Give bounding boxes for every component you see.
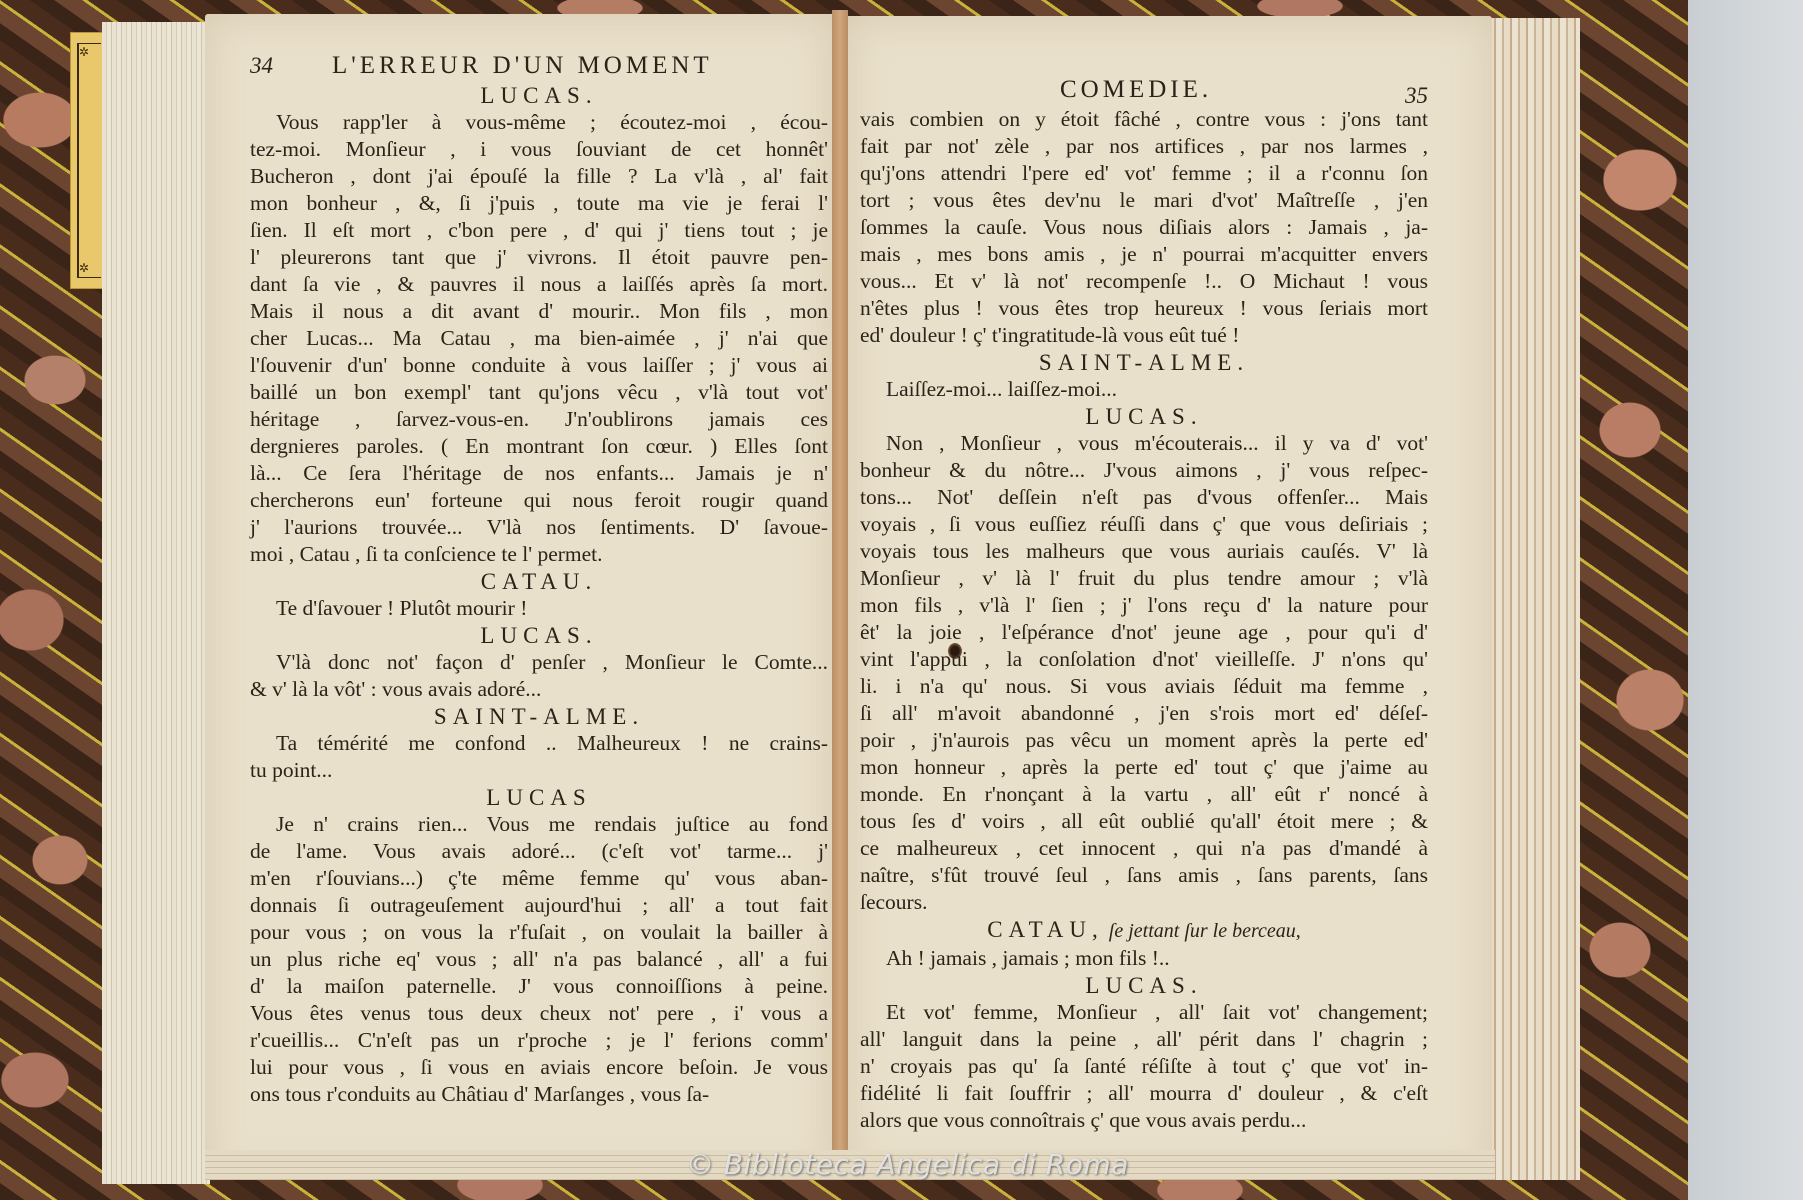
speaker-name: LUCAS bbox=[250, 784, 828, 811]
speaker-label: LUCAS. bbox=[1085, 404, 1202, 429]
text-line: Vous rapp'ler à vous-même ; écoutez-moi … bbox=[250, 109, 828, 136]
speaker-label: CATAU. bbox=[481, 569, 598, 594]
speaker-name: CATAU. bbox=[250, 568, 828, 595]
text-line: li. i n'a qu' nous. Si vous aviais ſédui… bbox=[860, 673, 1428, 700]
text-line: pour vous ; on vous la r'fuſait , on vou… bbox=[250, 919, 828, 946]
text-line: mon bonheur , &, ſi j'puis , toute ma vi… bbox=[250, 190, 828, 217]
text-line: poir , j'n'aurois pas vêcu un moment apr… bbox=[860, 727, 1428, 754]
text-line: tez-moi. Monſieur , i vous ſouviant de c… bbox=[250, 136, 828, 163]
text-line: cher Lucas... Ma Catau , ma bien-aimée ,… bbox=[250, 325, 828, 352]
speaker-label: CATAU, bbox=[987, 917, 1104, 942]
left-page-text: 34 L'ERREUR D'UN MOMENT LUCAS.Vous rapp'… bbox=[250, 52, 828, 1108]
speaker-name: LUCAS. bbox=[250, 82, 828, 109]
text-line: n'êtes plus ! vous êtes trop heureux ! v… bbox=[860, 295, 1428, 322]
text-line: un plus riche eq' vous ; all' n'a pas ba… bbox=[250, 946, 828, 973]
text-line: qu'j'ons attendri l'pere ed' vot' femme … bbox=[860, 160, 1428, 187]
text-line: Laiſſez-moi... laiſſez-moi... bbox=[860, 376, 1428, 403]
text-line: ſommes la cauſe. Vous nous diſiais alors… bbox=[860, 214, 1428, 241]
book-gutter bbox=[832, 10, 848, 1180]
left-page-edges bbox=[102, 22, 210, 1184]
text-line: chercherons eun' forteune qui nous feroi… bbox=[250, 487, 828, 514]
text-line: ce malheureux , cet innocent , qui n'a p… bbox=[860, 835, 1428, 862]
text-line: ſecours. bbox=[860, 889, 1428, 916]
running-head-title: COMEDIE. bbox=[1060, 76, 1212, 103]
text-line: Mais il nous a dit avant d' mourir.. Mon… bbox=[250, 298, 828, 325]
running-head: COMEDIE. 35 bbox=[860, 76, 1428, 106]
text-line: l'ſouvenir d'un' bonne conduite à vous l… bbox=[250, 352, 828, 379]
text-line: héritage , ſarvez-vous-en. J'n'oublirons… bbox=[250, 406, 828, 433]
text-line: êt' la joie , l'eſpérance d'not' jeune a… bbox=[860, 619, 1428, 646]
text-line: l' pleurerons tant que j' vivrons. Il ét… bbox=[250, 244, 828, 271]
speaker-label: LUCAS. bbox=[480, 83, 597, 108]
text-line: Vous êtes venus tous deux cheux not' per… bbox=[250, 1000, 828, 1027]
text-line: vous... Et v' là not' recompenſe !.. O M… bbox=[860, 268, 1428, 295]
text-line: fait par not' zèle , par nos artifices ,… bbox=[860, 133, 1428, 160]
text-line: all' languit dans la peine , all' périt … bbox=[860, 1026, 1428, 1053]
text-line: dergnieres paroles. ( En montrant ſon cœ… bbox=[250, 433, 828, 460]
text-line: lui pour vous , ſi vous en aviais encore… bbox=[250, 1054, 828, 1081]
text-line: vais combien on y étoit fâché , contre v… bbox=[860, 106, 1428, 133]
text-line: de l'ame. Vous avais adoré... (c'eſt vot… bbox=[250, 838, 828, 865]
text-line: ed' douleur ! ç' t'ingratitude-là vous e… bbox=[860, 322, 1428, 349]
text-line: dant ſa vie , & pauvres il nous a laiſſé… bbox=[250, 271, 828, 298]
text-line: ſien. Il eſt mort , c'bon pere , d' qui … bbox=[250, 217, 828, 244]
copyright-watermark: © Biblioteca Angelica di Roma bbox=[686, 1148, 1129, 1181]
text-line: mais , mes bons amis , je n' pourrai m'a… bbox=[860, 241, 1428, 268]
text-line: moi , Catau , ſi ta conſcience te l' per… bbox=[250, 541, 828, 568]
text-line: alors que vous connoîtrais ç' que vous a… bbox=[860, 1107, 1428, 1134]
speaker-name: LUCAS. bbox=[860, 972, 1428, 999]
text-line: Et vot' femme, Monſieur , all' ſait vot'… bbox=[860, 999, 1428, 1026]
text-line: Te d'ſavouer ! Plutôt mourir ! bbox=[250, 595, 828, 622]
speaker-label: LUCAS. bbox=[1085, 973, 1202, 998]
text-line: naître, s'fût trouvé ſeul , ſans amis , … bbox=[860, 862, 1428, 889]
text-line: ons tous r'conduits au Châtiau d' Marſan… bbox=[250, 1081, 828, 1108]
text-line: voyais tous les malheurs que vous auriai… bbox=[860, 538, 1428, 565]
page-number: 35 bbox=[1405, 82, 1428, 109]
page-number: 34 bbox=[250, 52, 273, 79]
text-line: Non , Monſieur , vous m'écouterais... il… bbox=[860, 430, 1428, 457]
speaker-name: SAINT-ALME. bbox=[860, 349, 1428, 376]
text-line: mon fils , v'là l' ſien ; j' l'ons reçu … bbox=[860, 592, 1428, 619]
text-line: donnais ſi outrageuſement aujourd'hui ; … bbox=[250, 892, 828, 919]
text-line: j' l'aurions trouvée... V'là nos ſentime… bbox=[250, 514, 828, 541]
text-line: Ah ! jamais , jamais ; mon fils !.. bbox=[860, 945, 1428, 972]
text-line: fidélité li fait ſouffrir ; all' mourra … bbox=[860, 1080, 1428, 1107]
text-line: n' croyais pas qu' ſa ſanté réſiſte à to… bbox=[860, 1053, 1428, 1080]
text-line: vint l'appui , la conſolation d'not' vie… bbox=[860, 646, 1428, 673]
text-line: ſi all' m'avoit abandonné , j'en s'rois … bbox=[860, 700, 1428, 727]
text-line: & v' là la vôt' : vous avais adoré... bbox=[250, 676, 828, 703]
text-line: Je n' crains rien... Vous me rendais juſ… bbox=[250, 811, 828, 838]
text-line: V'là donc not' façon d' penſer , Monſieu… bbox=[250, 649, 828, 676]
text-line: monde. En r'nonçant à la vartu , all' eû… bbox=[860, 781, 1428, 808]
running-head: 34 L'ERREUR D'UN MOMENT bbox=[250, 52, 828, 82]
speaker-label: LUCAS. bbox=[480, 623, 597, 648]
text-line: là... Ce ſera l'héritage de nos enfants.… bbox=[250, 460, 828, 487]
speaker-name: LUCAS. bbox=[860, 403, 1428, 430]
right-page-text: COMEDIE. 35 vais combien on y étoit fâch… bbox=[860, 76, 1428, 1134]
text-line: Monſieur , v' là l' fruit du plus tendre… bbox=[860, 565, 1428, 592]
page-content: LUCAS.Vous rapp'ler à vous-même ; écoute… bbox=[250, 82, 828, 1108]
text-line: baillé un bon exempl' tant qu'jons vêcu … bbox=[250, 379, 828, 406]
text-line: tous ſes d' voirs , all eût oublié qu'al… bbox=[860, 808, 1428, 835]
text-line: m'en r'ſouvians...) ç'te même femme qu' … bbox=[250, 865, 828, 892]
speaker-name: CATAU, ſe jettant ſur le berceau, bbox=[860, 916, 1428, 945]
stage-direction: ſe jettant ſur le berceau, bbox=[1104, 920, 1301, 942]
speaker-label: SAINT-ALME. bbox=[434, 704, 644, 729]
text-line: tort ; vous êtes dev'nu le mari d'vot' M… bbox=[860, 187, 1428, 214]
running-head-title: L'ERREUR D'UN MOMENT bbox=[332, 52, 713, 79]
page-content: vais combien on y étoit fâché , contre v… bbox=[860, 106, 1428, 1134]
ornament-star-icon: ✲ bbox=[79, 45, 89, 60]
text-line: Bucheron , dont j'ai épouſé la fille ? L… bbox=[250, 163, 828, 190]
text-line: d' la maiſon paternelle. J' vous connoiſ… bbox=[250, 973, 828, 1000]
text-line: tons... Not' deſſein n'eſt pas d'vous of… bbox=[860, 484, 1428, 511]
background-surface bbox=[1688, 0, 1803, 1200]
text-line: mon honneur , après la perte ed' tout ç'… bbox=[860, 754, 1428, 781]
speaker-label: SAINT-ALME. bbox=[1039, 350, 1249, 375]
text-line: bonheur & du nôtre... J'vous aimons , j'… bbox=[860, 457, 1428, 484]
text-line: voyais , ſi vous euſſiez réuſſi dans ç' … bbox=[860, 511, 1428, 538]
speaker-name: SAINT-ALME. bbox=[250, 703, 828, 730]
speaker-name: LUCAS. bbox=[250, 622, 828, 649]
right-page-edges bbox=[1488, 18, 1580, 1180]
ornament-star-icon: ✲ bbox=[79, 261, 89, 276]
text-line: Ta témérité me confond .. Malheureux ! n… bbox=[250, 730, 828, 757]
speaker-label: LUCAS bbox=[486, 785, 591, 810]
text-line: tu point... bbox=[250, 757, 828, 784]
text-line: r'cueillis... C'n'eſt pas un r'proche ; … bbox=[250, 1027, 828, 1054]
